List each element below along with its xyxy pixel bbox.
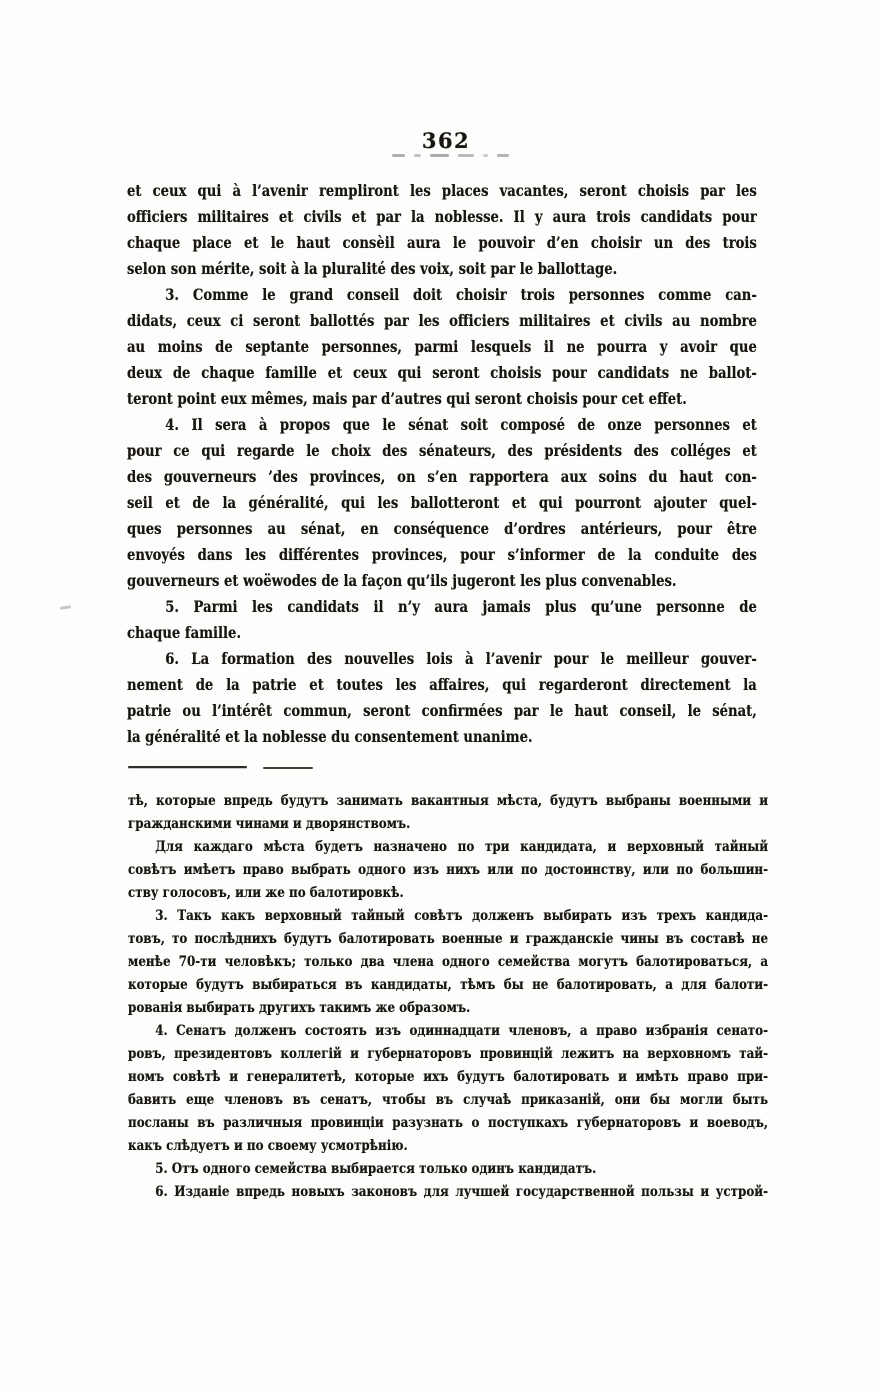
footnote-text-block: тѣ, которые впредь будутъ занимать вакан… [128,790,768,1204]
text-line: товъ, то послѣднихъ будутъ балотировать … [128,928,768,951]
text-line: au moins de septante personnes, parmi le… [127,334,757,360]
text-line: et ceux qui à l’avenir rempliront les pl… [127,178,757,204]
text-line: nement de la patrie et toutes les affair… [127,672,757,698]
page-number: 362 [0,128,882,153]
text-line: Для каждаго мѣста будетъ назначено по тр… [128,836,768,859]
text-line: 6. La formation des nouvelles lois à l’a… [127,646,757,672]
text-line: совѣтъ имѣетъ право выбрать одного изъ н… [128,859,768,882]
text-line: officiers militaires et civils et par la… [127,204,757,230]
scanned-book-page: 362 et ceux qui à l’avenir rempliront le… [0,0,882,1393]
text-line: ству голосовъ, или же по балотировкѣ. [128,882,768,905]
margin-smudge [60,605,71,610]
footnote-separator-fragment [263,767,313,769]
text-line: менѣе 70-ти человѣкъ; только два члена о… [128,951,768,974]
text-line: teront point eux mêmes, mais par d’autre… [127,386,757,412]
text-line: patrie ou l’intérêt commun, seront confi… [127,698,757,724]
footnote-separator [128,766,247,768]
text-line: рованія выбирать другихъ такимъ же образ… [128,997,768,1020]
text-line: 5. Отъ одного семейства выбирается тольк… [128,1158,768,1181]
main-text-block: et ceux qui à l’avenir rempliront les pl… [127,178,757,750]
text-line: envoyés dans les différentes provinces, … [127,542,757,568]
text-line: deux de chaque famille et ceux qui seron… [127,360,757,386]
text-line: номъ совѣтѣ и генералитетѣ, которые ихъ … [128,1066,768,1089]
text-line: 6. Изданіе впредь новыхъ законовъ для лу… [128,1181,768,1204]
text-line: 3. Comme le grand conseil doit choisir t… [127,282,757,308]
text-line: pour ce qui regarde le choix des sénateu… [127,438,757,464]
text-line: 3. Такъ какъ верховный тайный совѣтъ дол… [128,905,768,928]
text-line: бавить еще членовъ въ сенатъ, чтобы въ с… [128,1089,768,1112]
text-line: которые будутъ выбираться въ кандидаты, … [128,974,768,997]
text-line: тѣ, которые впредь будутъ занимать вакан… [128,790,768,813]
text-line: chaque place et le haut consèil aura le … [127,230,757,256]
text-line: гражданскими чинами и дворянствомъ. [128,813,768,836]
text-line: ques personnes au sénat, en conséquence … [127,516,757,542]
text-line: la généralité et la noblesse du consente… [127,724,757,750]
text-line: selon son mérite, soit à la pluralité de… [127,256,757,282]
text-line: des gouverneurs ’des provinces, on s’en … [127,464,757,490]
text-line: gouverneurs et woëwodes de la façon qu’i… [127,568,757,594]
text-line: посланы въ различныя провинціи разузнать… [128,1112,768,1135]
text-line: didats, ceux ci seront ballottés par les… [127,308,757,334]
text-line: seil et de la généralité, qui les ballot… [127,490,757,516]
text-line: ровъ, президентовъ коллегій и губернатор… [128,1043,768,1066]
text-line: chaque famille. [127,620,757,646]
text-line: 4. Il sera à propos que le sénat soit co… [127,412,757,438]
text-line: 5. Parmi les candidats il n’y aura jamai… [127,594,757,620]
text-line: 4. Сенатъ долженъ состоять изъ одиннадца… [128,1020,768,1043]
text-line: какъ слѣдуетъ и по своему усмотрѣнію. [128,1135,768,1158]
page-number-rule [392,153,520,157]
